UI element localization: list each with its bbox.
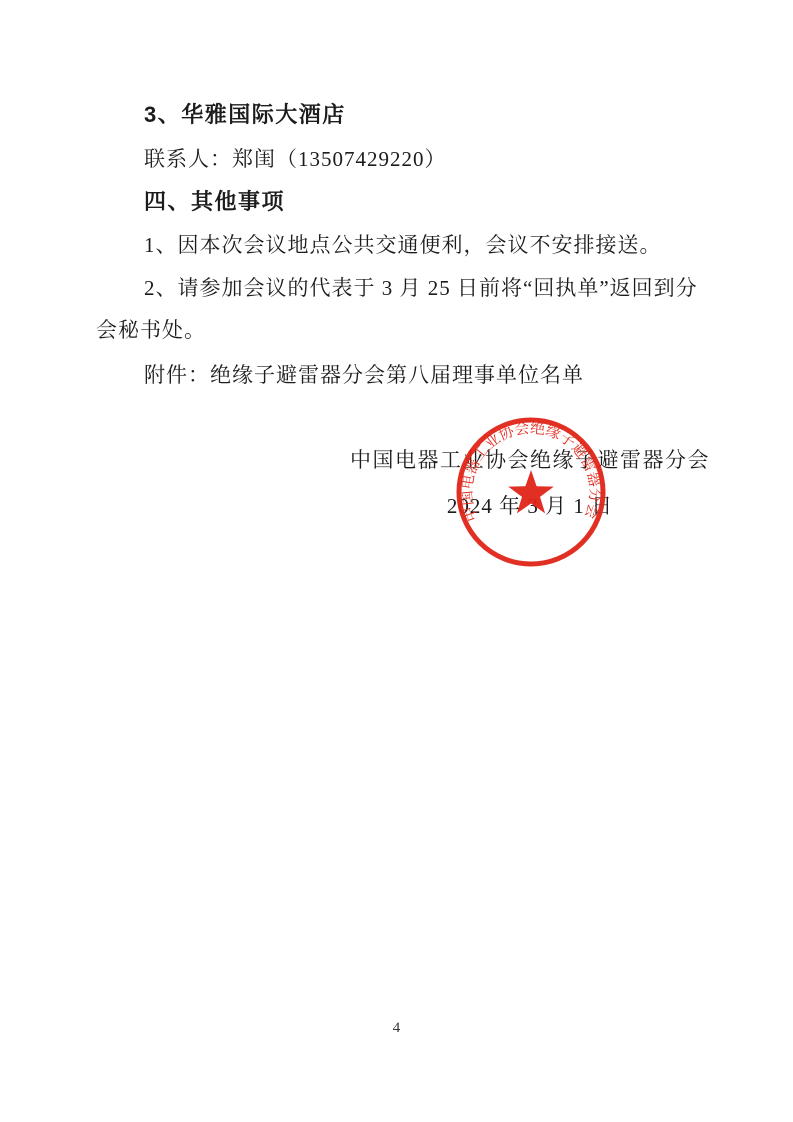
seal-graphic: 中国电器工业协会绝缘子避雷器分会: [453, 414, 609, 570]
contact-line: 联系人：郑闺（13507429220）: [144, 146, 447, 173]
official-seal-stamp: 中国电器工业协会绝缘子避雷器分会: [453, 414, 609, 570]
other-matters-item-2-line-1: 2、请参加会议的代表于 3 月 25 日前将“回执单”返回到分: [144, 275, 698, 302]
document-page: 3、华雅国际大酒店 联系人：郑闺（13507429220） 四、其他事项 1、因…: [0, 0, 793, 1122]
attachment-line: 附件：绝缘子避雷器分会第八届理事单位名单: [144, 362, 584, 389]
signature-organization: 中国电器工业协会绝缘子避雷器分会: [350, 447, 710, 474]
signature-date: 2024 年 3 月 1 日: [350, 493, 710, 520]
page-number: 4: [0, 1020, 793, 1037]
section-heading-other-matters: 四、其他事项: [144, 188, 285, 215]
section-heading-hotel: 3、华雅国际大酒店: [144, 101, 346, 128]
other-matters-item-1: 1、因本次会议地点公共交通便利，会议不安排接送。: [144, 232, 662, 259]
other-matters-item-2-line-2: 会秘书处。: [96, 317, 206, 344]
seal-ring: [459, 420, 603, 564]
